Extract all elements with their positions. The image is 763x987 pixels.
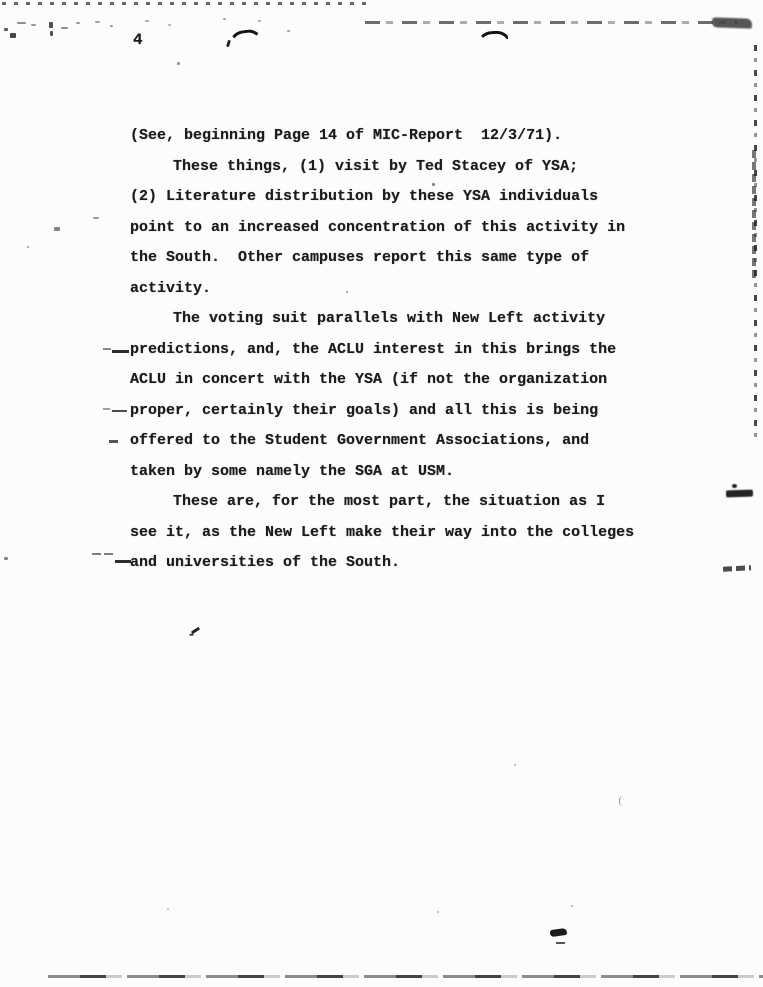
noise-speck xyxy=(49,22,53,28)
stray-check-mark xyxy=(191,627,200,634)
top-dotted-edge-line xyxy=(2,2,374,5)
text-line: (2) Literature distribution by these YSA… xyxy=(130,182,690,213)
text-line: The voting suit parallels with New Left … xyxy=(130,304,690,335)
noise-speck xyxy=(54,227,60,231)
noise-speck xyxy=(432,183,435,186)
text-line: ACLU in concert with the YSA (if not the… xyxy=(130,365,690,396)
text-line: taken by some namely the SGA at USM. xyxy=(130,457,690,488)
margin-dash-mark xyxy=(115,560,131,563)
noise-speck xyxy=(167,908,169,910)
margin-dash-mark xyxy=(103,348,111,350)
margin-dash-mark xyxy=(103,408,110,410)
margin-dash-mark xyxy=(112,350,129,353)
noise-speck xyxy=(571,905,573,907)
bottom-edge-dashed-line xyxy=(48,975,763,978)
noise-speck xyxy=(168,24,171,26)
noise-speck xyxy=(437,911,439,913)
noise-speck xyxy=(514,764,516,766)
text-line: proper, certainly their goals) and all t… xyxy=(130,396,690,427)
document-page: 4 (See, beginning Page 14 of MIC-Report … xyxy=(0,0,763,987)
text-line: offered to the Student Government Associ… xyxy=(130,426,690,457)
noise-speck xyxy=(177,62,180,65)
noise-speck xyxy=(110,25,113,27)
noise-speck xyxy=(27,246,29,248)
noise-speck xyxy=(223,18,226,20)
right-margin-smudge xyxy=(726,484,754,497)
noise-speck xyxy=(287,30,290,32)
right-edge-dash-column-dense xyxy=(752,150,756,280)
right-margin-smudge xyxy=(723,565,751,571)
text-line: the South. Other campuses report this sa… xyxy=(130,243,690,274)
text-line: predictions, and, the ACLU interest in t… xyxy=(130,335,690,366)
noise-speck xyxy=(258,20,261,22)
bottom-ink-dash xyxy=(556,942,565,944)
margin-dash-mark xyxy=(104,553,113,555)
noise-speck xyxy=(50,31,53,36)
noise-speck xyxy=(10,33,16,38)
text-line: point to an increased concentration of t… xyxy=(130,213,690,244)
typed-text-block: (See, beginning Page 14 of MIC-Report 12… xyxy=(130,121,690,579)
top-right-smudge xyxy=(712,17,752,28)
noise-speck xyxy=(4,28,8,31)
text-line: (See, beginning Page 14 of MIC-Report 12… xyxy=(130,121,690,152)
noise-speck xyxy=(346,291,348,293)
text-line: These things, (1) visit by Ted Stacey of… xyxy=(130,152,690,183)
noise-speck xyxy=(93,217,99,219)
margin-dash-mark xyxy=(92,553,101,555)
stray-paren-mark xyxy=(619,796,625,806)
pen-arc-mark-left xyxy=(227,28,265,53)
text-line: These are, for the most part, the situat… xyxy=(130,487,690,518)
noise-speck xyxy=(145,20,149,22)
top-streak-line xyxy=(365,21,737,24)
margin-dash-mark xyxy=(109,440,118,443)
noise-speck xyxy=(4,557,8,560)
noise-speck xyxy=(31,24,36,26)
margin-dash-mark xyxy=(112,410,127,412)
text-line: see it, as the New Left make their way i… xyxy=(130,518,690,549)
noise-speck xyxy=(61,27,68,29)
pen-arc-mark-right xyxy=(477,30,512,49)
text-line: activity. xyxy=(130,274,690,305)
noise-speck xyxy=(95,21,100,23)
noise-speck xyxy=(76,22,80,24)
page-number: 4 xyxy=(133,31,143,49)
noise-speck xyxy=(17,22,26,24)
text-line: and universities of the South. xyxy=(130,548,690,579)
bottom-ink-mark xyxy=(550,928,568,937)
